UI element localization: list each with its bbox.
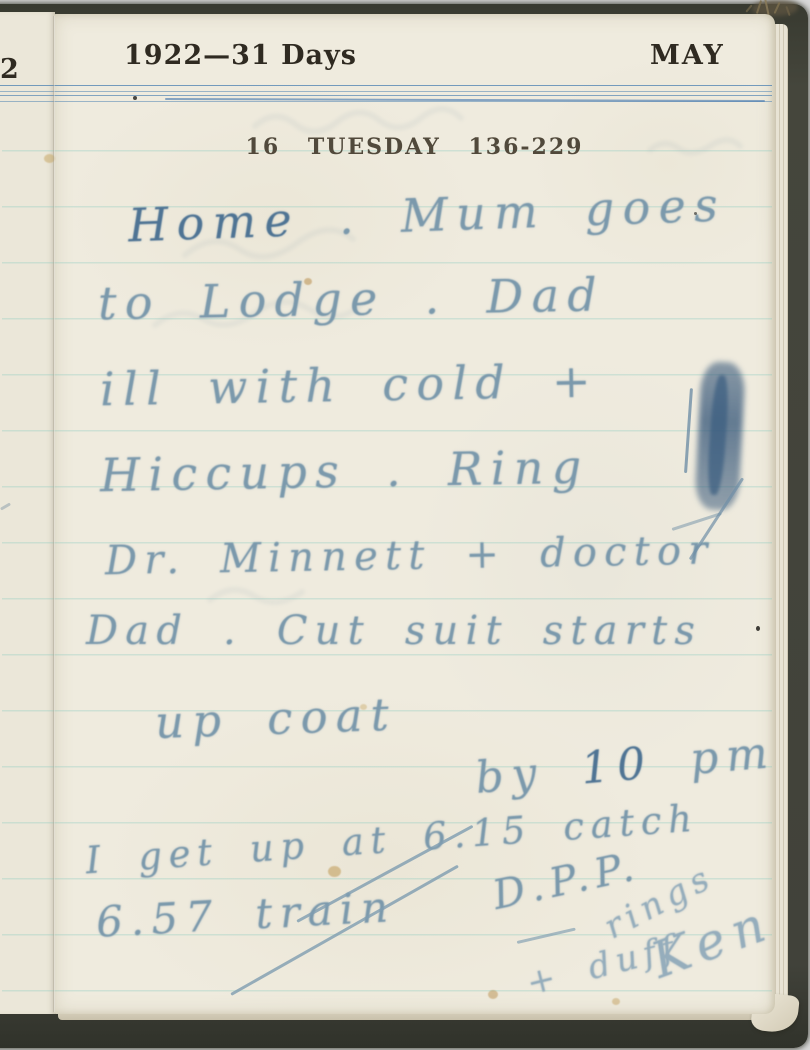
handwriting-segment: by <box>473 744 583 804</box>
handwriting-segment: 10 <box>579 738 655 795</box>
paper-stain <box>328 866 341 877</box>
diary-photo: 2 1922—31 Days MAY 16 TUESDAY 136-229 Ho… <box>0 0 810 1050</box>
handwriting-segment: Home <box>127 192 301 252</box>
handwriting-segment: pm <box>651 727 778 789</box>
handwriting-line: up coat <box>154 688 397 749</box>
page-crease <box>53 16 55 1012</box>
handwriting-segment: Hiccups . Ring <box>100 440 590 503</box>
handwriting-segment: . <box>299 189 402 246</box>
handwriting-segment: ill with cold + <box>100 354 600 417</box>
handwriting-line: to Lodge . Dad <box>98 268 606 331</box>
paper-stain <box>360 704 367 710</box>
paper-stain <box>612 998 620 1005</box>
handwriting-segment: Dad . Cut suit starts <box>86 608 702 654</box>
ink-fleck <box>694 212 697 215</box>
handwriting-segment: up coat <box>154 688 397 749</box>
ink-fleck <box>133 96 137 100</box>
handwriting-segment: Mum goes <box>400 178 727 243</box>
handwriting-line: Dr. Minnett + doctor <box>105 528 715 585</box>
handwriting-line: ill with cold + <box>100 354 600 417</box>
handwriting-segment: Dr. Minnett + doctor <box>105 528 715 585</box>
handwriting-segment: to Lodge . Dad <box>98 268 606 331</box>
paper-stain <box>488 990 498 999</box>
handwriting-line: Hiccups . Ring <box>100 440 590 503</box>
handwriting-line: by 10 pm <box>473 727 777 804</box>
ink-fleck <box>756 626 760 631</box>
handwriting-line: Home . Mum goes <box>127 178 726 253</box>
handwriting-line: Dad . Cut suit starts <box>86 608 702 654</box>
paper-stain <box>304 278 312 285</box>
